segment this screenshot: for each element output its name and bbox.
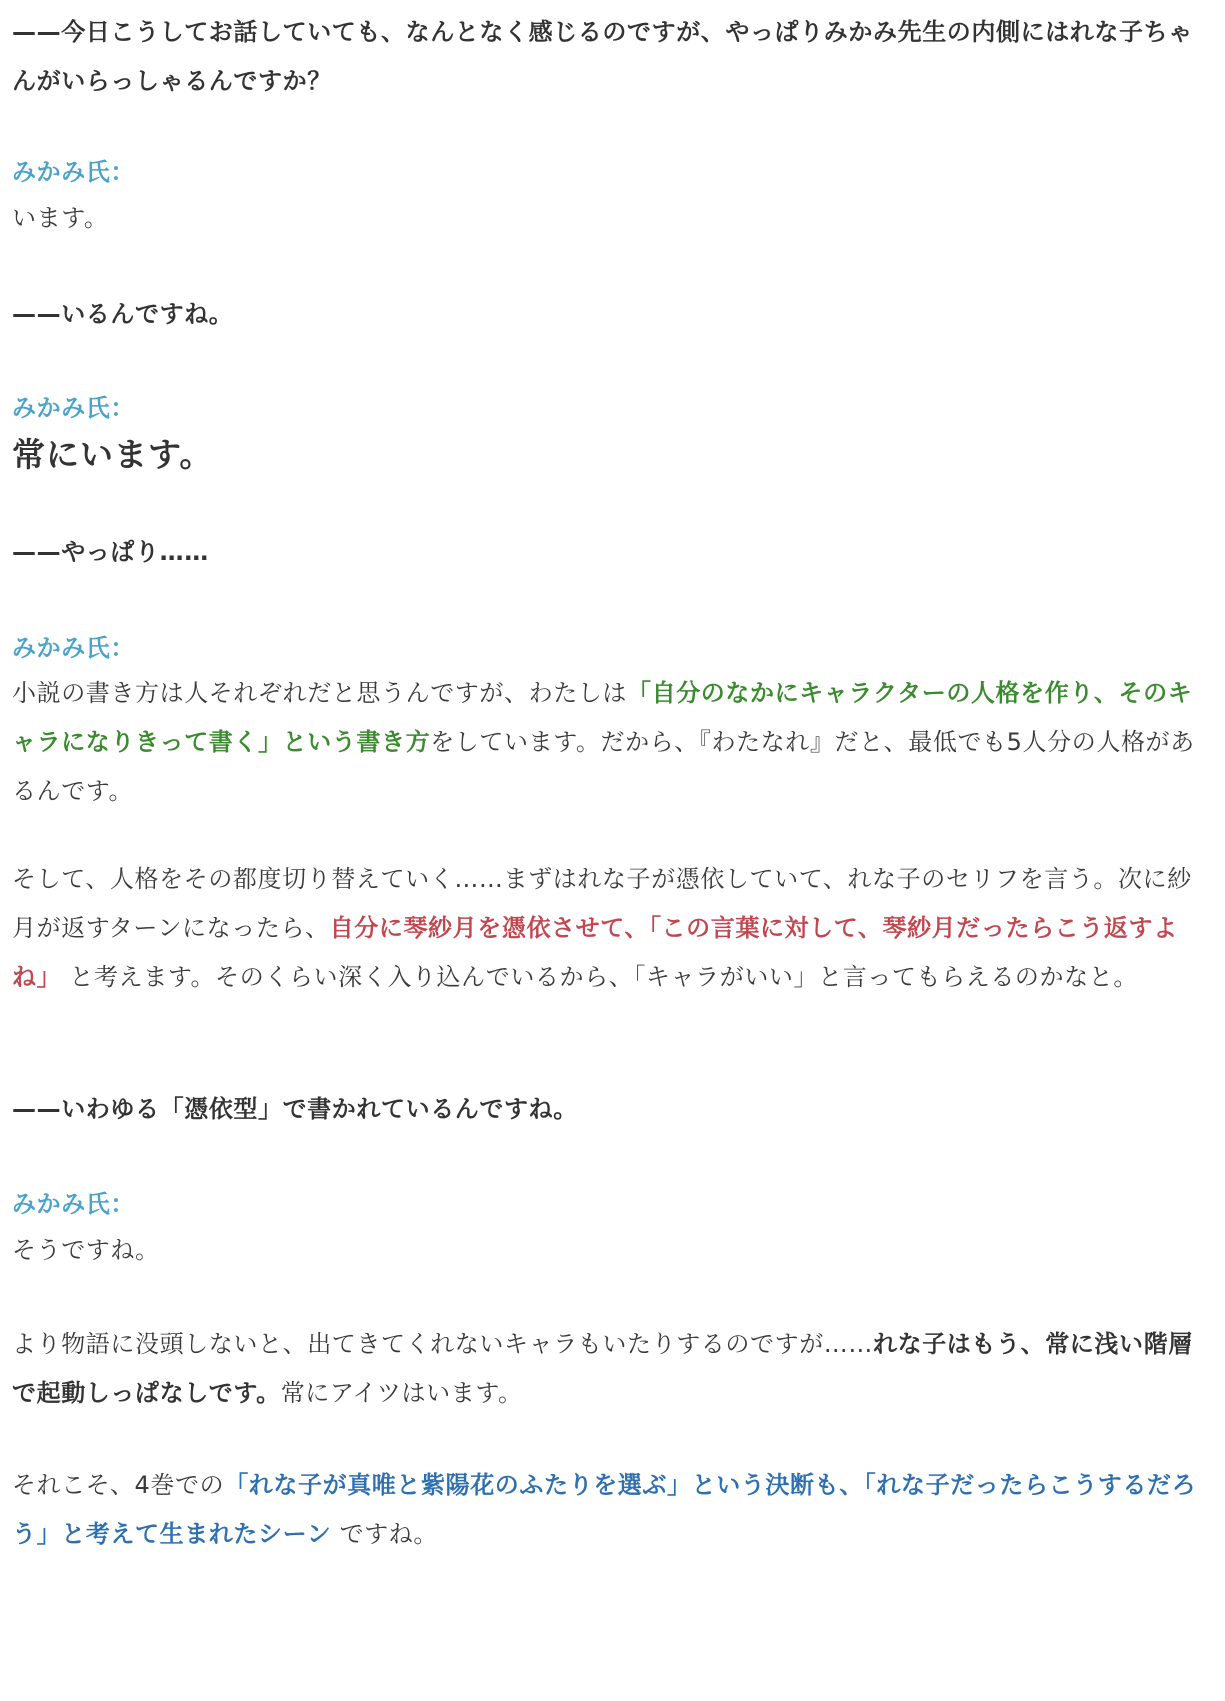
- text: 常にアイツはいます。: [281, 1379, 523, 1407]
- answer-4-paragraph-1: そうですね。: [12, 1226, 1212, 1275]
- answer-3-paragraph-2: そして、人格をその都度切り替えていく……まずはれな子が憑依していて、れな子のセリ…: [12, 855, 1212, 1002]
- interviewer-question-3: ——やっぱり……: [12, 528, 1212, 577]
- text: と考えます。そのくらい深く入り込んでいるから、「キャラがいい」と言ってもらえるの…: [69, 963, 1137, 991]
- text: より物語に没頭しないと、出てきてくれないキャラもいたりするのですが……: [12, 1330, 873, 1358]
- text: ですね。: [340, 1520, 438, 1548]
- text: 小説の書き方は人それぞれだと思うんですが、わたしは: [12, 679, 627, 707]
- answer-3-paragraph-1: 小説の書き方は人それぞれだと思うんですが、わたしは「自分のなかにキャラクターの人…: [12, 669, 1212, 816]
- answer-1: います。: [12, 194, 1212, 243]
- text: それこそ、4巻での: [12, 1471, 224, 1499]
- interviewer-question-2: ——いるんですね。: [12, 290, 1212, 339]
- speaker-label: みかみ氏：: [12, 148, 1212, 197]
- answer-4-paragraph-2: より物語に没頭しないと、出てきてくれないキャラもいたりするのですが……れな子はも…: [12, 1320, 1212, 1418]
- answer-2-emphasis: 常にいます。: [12, 430, 1212, 480]
- interview-article: ——今日こうしてお話していても、なんとなく感じるのですが、やっぱりみかみ先生の内…: [0, 0, 1225, 1701]
- interviewer-question-1: ——今日こうしてお話していても、なんとなく感じるのですが、やっぱりみかみ先生の内…: [12, 8, 1212, 106]
- interviewer-question-4: ——いわゆる「憑依型」で書かれているんですね。: [12, 1085, 1212, 1134]
- speaker-label: みかみ氏：: [12, 624, 1212, 673]
- speaker-label: みかみ氏：: [12, 1180, 1212, 1229]
- speaker-label: みかみ氏：: [12, 384, 1212, 433]
- answer-4-paragraph-3: それこそ、4巻での「れな子が真唯と紫陽花のふたりを選ぶ」という決断も、「れな子だ…: [12, 1461, 1212, 1559]
